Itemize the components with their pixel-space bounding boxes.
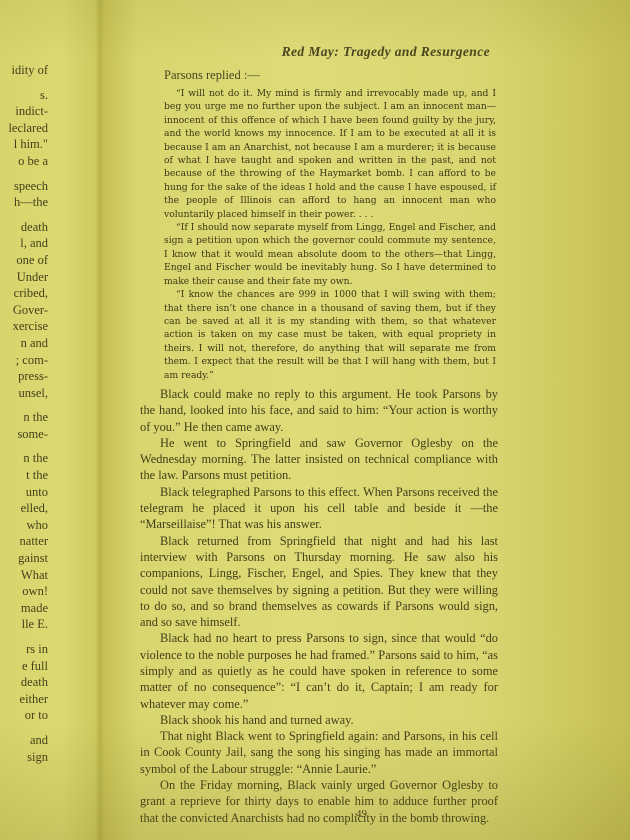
left-page-fragment: idity ofs.indict-leclaredl him."o be asp… — [0, 62, 48, 765]
left-page-line — [0, 79, 48, 87]
left-page-line: leclared — [0, 120, 48, 137]
left-page-line: unto — [0, 484, 48, 501]
left-page-line: What — [0, 567, 48, 584]
left-page-line: idity of — [0, 62, 48, 79]
left-page-line: own! — [0, 583, 48, 600]
left-page-line: o be a — [0, 153, 48, 170]
left-page-line: one of — [0, 252, 48, 269]
body-paragraph: He went to Springfield and saw Governor … — [140, 435, 498, 484]
left-page-line: death — [0, 219, 48, 236]
block-quote: “I will not do it. My mind is firmly and… — [164, 87, 500, 382]
body-paragraph: Black had no heart to press Parsons to s… — [140, 630, 498, 711]
quote-paragraph: “I will not do it. My mind is firmly and… — [164, 87, 496, 221]
left-page-line: ; com- — [0, 352, 48, 369]
left-page-line: lle E. — [0, 616, 48, 633]
body-paragraph: Black could make no reply to this argume… — [140, 386, 498, 435]
left-page-line: made — [0, 600, 48, 617]
left-page-line: Under — [0, 269, 48, 286]
left-page-line: s. — [0, 87, 48, 104]
left-page-line: e full — [0, 658, 48, 675]
right-page: Red May: Tragedy and Resurgence Parsons … — [140, 44, 500, 826]
left-page-line: natter — [0, 533, 48, 550]
left-page-line: n and — [0, 335, 48, 352]
left-page-line: n the — [0, 450, 48, 467]
left-page-line — [0, 401, 48, 409]
bottom-shadow — [0, 720, 630, 840]
left-page-line: n the — [0, 409, 48, 426]
left-page-line — [0, 633, 48, 641]
left-page-line: h—the — [0, 194, 48, 211]
left-page-line: cribed, — [0, 285, 48, 302]
left-page-line: elled, — [0, 500, 48, 517]
left-page-line: Gover- — [0, 302, 48, 319]
left-page-line: some- — [0, 426, 48, 443]
left-page-line: speech — [0, 178, 48, 195]
left-page-line: xercise — [0, 318, 48, 335]
body-paragraph: Black returned from Springfield that nig… — [140, 533, 498, 631]
left-page-line: press- — [0, 368, 48, 385]
left-page-line: gainst — [0, 550, 48, 567]
running-head: Red May: Tragedy and Resurgence — [140, 44, 500, 60]
quote-paragraph: “I know the chances are 999 in 1000 that… — [164, 288, 496, 382]
left-page-line: rs in — [0, 641, 48, 658]
left-page-line: unsel, — [0, 385, 48, 402]
intro-line: Parsons replied :— — [164, 68, 500, 83]
left-page-line — [0, 211, 48, 219]
left-page-line: l him." — [0, 136, 48, 153]
left-page-line: death — [0, 674, 48, 691]
left-page-line — [0, 442, 48, 450]
left-page-line: indict- — [0, 103, 48, 120]
left-page-line: t the — [0, 467, 48, 484]
left-page-line: either — [0, 691, 48, 708]
left-page-line — [0, 170, 48, 178]
left-page-line: who — [0, 517, 48, 534]
body-paragraph: Black telegraphed Parsons to this effect… — [140, 484, 498, 533]
left-page-line: l, and — [0, 235, 48, 252]
quote-paragraph: “If I should now separate myself from Li… — [164, 221, 496, 288]
